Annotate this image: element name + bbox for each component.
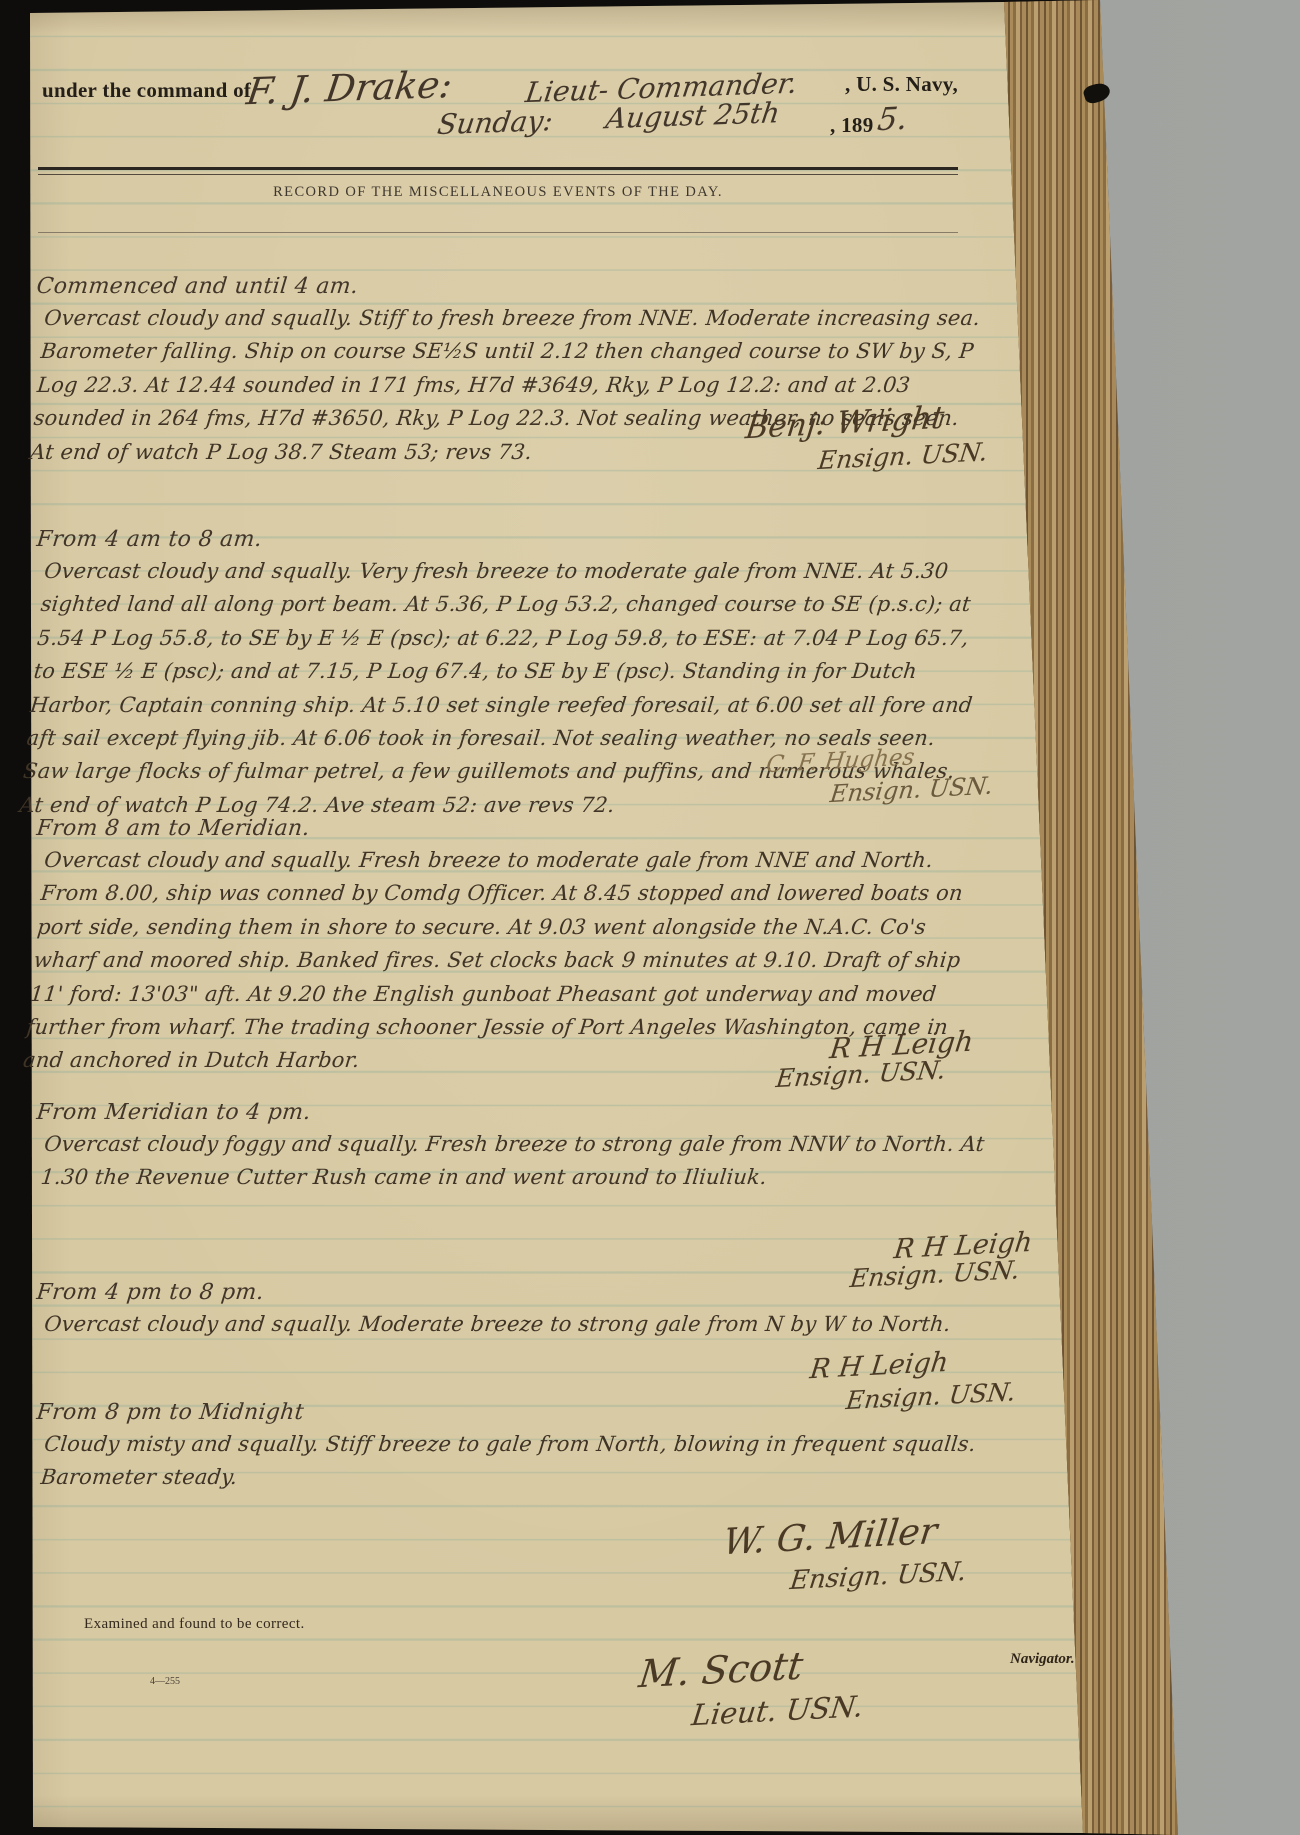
header-rule-thick xyxy=(38,167,958,170)
section-body: Overcast cloudy foggy and squally. Fresh… xyxy=(39,1128,998,1195)
section-heading: From 8 pm to Midnight xyxy=(35,1400,305,1425)
record-title: RECORD OF THE MISCELLANEOUS EVENTS OF TH… xyxy=(38,184,958,201)
scanned-logbook-page: under the command of , U. S. Navy, , 189… xyxy=(0,0,1300,1835)
printed-command-prefix: under the command of xyxy=(42,78,251,103)
examined-statement: Examined and found to be correct. xyxy=(84,1616,305,1633)
printed-us-navy: , U. S. Navy, xyxy=(845,72,958,97)
section-heading: From 4 pm to 8 pm. xyxy=(35,1280,265,1305)
section-body: Overcast cloudy and squally. Moderate br… xyxy=(42,1308,998,1341)
form-number: 4—255 xyxy=(150,1676,180,1687)
handwritten-commander-name: F. J. Drake: xyxy=(244,63,455,113)
title-rule xyxy=(38,232,958,233)
section-heading: From Meridian to 4 pm. xyxy=(35,1100,312,1125)
navigator-label: Navigator. xyxy=(1010,1651,1075,1668)
header-rule-thin xyxy=(38,174,958,175)
section-heading: Commenced and until 4 am. xyxy=(35,274,359,299)
handwritten-year-digit: 5. xyxy=(876,100,910,138)
section-body: Cloudy misty and squally. Stiff breeze t… xyxy=(39,1428,998,1495)
section-heading: From 8 am to Meridian. xyxy=(35,816,311,841)
section-heading: From 4 am to 8 am. xyxy=(35,527,263,552)
approver-signature: M. Scott xyxy=(637,1643,806,1696)
printed-year-prefix: , 189 xyxy=(830,113,874,138)
